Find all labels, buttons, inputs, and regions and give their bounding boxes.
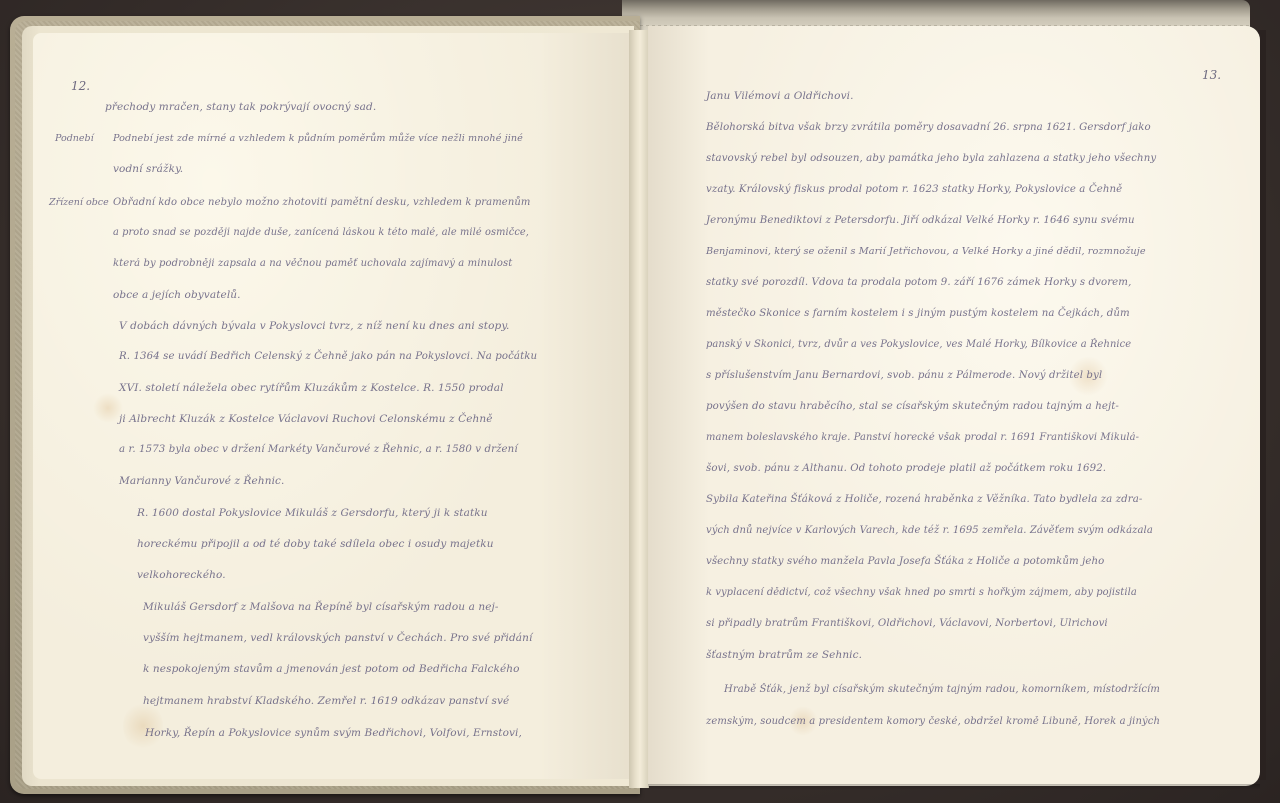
text-line: s příslušenstvím Janu Bernardovi, svob. … <box>706 370 1102 381</box>
text-line: vých dnů nejvíce v Karlových Varech, kde… <box>706 525 1153 536</box>
text-line: R. 1600 dostal Pokyslovice Mikuláš z Ger… <box>137 507 488 519</box>
text-line: obce a jejích obyvatelů. <box>113 289 241 301</box>
text-line: XVI. století náležela obec rytířům Kluzá… <box>119 382 504 394</box>
text-line: a proto snad se později najde duše, zaní… <box>113 227 529 238</box>
text-line: přechody mračen, stany tak pokrývají ovo… <box>105 101 376 113</box>
margin-note-climate: Podnebí <box>55 133 94 144</box>
paper-stain <box>123 701 163 751</box>
text-line: Marianny Vančurové z Řehnic. <box>119 475 284 487</box>
text-line: vzaty. Královský fiskus prodal potom r. … <box>706 184 1122 195</box>
text-line: Jeronýmu Benediktovi z Petersdorfu. Jiří… <box>706 215 1135 226</box>
text-line: Obřadní kdo obce nebylo možno zhotoviti … <box>113 197 530 208</box>
page-bottom-shadow <box>648 784 1260 790</box>
text-line: Horky, Řepín a Pokyslovice synům svým Be… <box>145 727 522 739</box>
left-page: 12. Podnebí Zřízení obce přechody mračen… <box>33 33 629 779</box>
text-line: městečko Skonice s farním kostelem i s j… <box>706 308 1130 319</box>
text-line: manem boleslavského kraje. Panství horec… <box>706 432 1139 443</box>
text-line: Podnebí jest zde mírné a vzhledem k půdn… <box>113 133 523 144</box>
text-line: velkohoreckého. <box>137 569 226 581</box>
text-line: horeckému připojil a od té doby také sdí… <box>137 538 494 550</box>
text-line: která by podrobněji zapsala a na věčnou … <box>113 258 512 269</box>
text-line: šťastným bratrům ze Sehnic. <box>706 649 862 661</box>
text-line: hejtmanem hrabství Kladského. Zemřel r. … <box>143 695 509 707</box>
text-line: Benjaminovi, který se oženil s Marií Jet… <box>706 246 1146 257</box>
text-line: k vyplacení dědictví, což všechny však h… <box>706 587 1137 598</box>
text-line: panský v Skonici, tvrz, dvůr a ves Pokys… <box>706 339 1131 350</box>
text-line: zemským, soudcem a presidentem komory če… <box>706 716 1160 727</box>
text-line: Hrabě Šťák, jenž byl císařským skutečným… <box>724 684 1160 695</box>
right-page: 13. Janu Vilémovi a Oldřichovi. Bělohors… <box>648 26 1260 786</box>
text-line: Bělohorská bitva však brzy zvrátila pomě… <box>706 122 1151 133</box>
page-number-right: 13. <box>1202 68 1221 82</box>
text-line: Janu Vilémovi a Oldřichovi. <box>706 90 854 102</box>
text-line: V dobách dávných bývala v Pokyslovci tvr… <box>119 320 509 332</box>
text-line: Sybila Kateřina Šťáková z Holiče, rozená… <box>706 494 1142 505</box>
text-line: si připadly bratrům Františkovi, Oldřich… <box>706 618 1108 629</box>
text-line: R. 1364 se uvádí Bedřich Celenský z Čehn… <box>119 351 537 362</box>
margin-note-village-founding: Zřízení obce <box>49 197 109 208</box>
text-line: ji Albrecht Kluzák z Kostelce Václavovi … <box>119 413 493 425</box>
page-number-left: 12. <box>71 79 90 93</box>
text-line: k nespokojeným stavům a jmenován jest po… <box>143 663 520 675</box>
text-line: šovi, svob. pánu z Althanu. Od tohoto pr… <box>706 463 1106 474</box>
text-line: všechny statky svého manžela Pavla Josef… <box>706 556 1104 567</box>
text-line: a r. 1573 byla obec v držení Markéty Van… <box>119 444 518 455</box>
text-line: Mikuláš Gersdorf z Malšova na Řepíně byl… <box>143 601 499 613</box>
book-gutter <box>629 30 649 788</box>
text-line: statky své porozdíl. Vdova ta prodala po… <box>706 277 1131 288</box>
text-line: vyšším hejtmanem, vedl královských panst… <box>143 632 532 644</box>
text-line: stavovský rebel byl odsouzen, aby památk… <box>706 153 1156 164</box>
text-line: vodní srážky. <box>113 163 183 175</box>
text-line: povýšen do stavu hraběcího, stal se císa… <box>706 401 1119 412</box>
